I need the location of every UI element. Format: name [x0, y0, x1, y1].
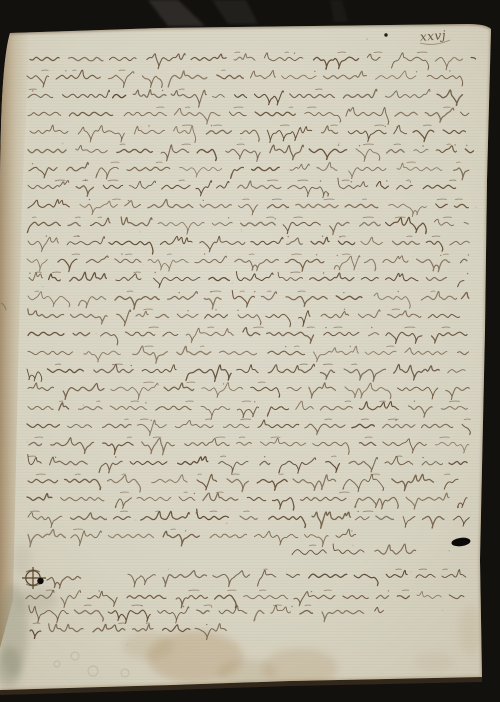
- speck: [30, 109, 32, 111]
- speck: [27, 441, 29, 443]
- speck: [226, 509, 228, 511]
- ink-dot: [46, 235, 47, 236]
- speck: [135, 519, 137, 521]
- folio-mark: xxvj: [420, 28, 447, 44]
- speck: [305, 280, 306, 281]
- ink-dot: [32, 163, 33, 164]
- stain: [458, 605, 482, 655]
- ink-dot: [388, 590, 389, 591]
- ink-dot: [320, 180, 321, 181]
- ink-dot: [323, 272, 324, 273]
- speck: [338, 142, 340, 144]
- ink-dot: [29, 273, 30, 274]
- ink-dot: [449, 70, 450, 71]
- ink-dot: [187, 310, 188, 311]
- speck: [222, 288, 223, 289]
- manuscript-photo: xxvj: [0, 0, 500, 702]
- speck: [413, 256, 414, 257]
- ink-dot: [223, 383, 224, 384]
- ink-dot: [210, 291, 211, 292]
- stain: [122, 632, 174, 660]
- ink-dot: [468, 254, 469, 255]
- speck: [240, 138, 242, 140]
- ink-dot: [211, 125, 212, 126]
- ink-dot: [440, 255, 441, 256]
- speck: [241, 229, 242, 230]
- ink-dot: [371, 327, 372, 328]
- stain: [413, 652, 453, 672]
- ink-dot: [344, 309, 345, 310]
- paper-laid-texture: [0, 20, 500, 702]
- ink-dot: [466, 145, 467, 146]
- ink-dot: [204, 253, 205, 254]
- ink-dot: [395, 420, 396, 421]
- ink-dot: [396, 126, 397, 127]
- speck: [300, 249, 302, 251]
- speck: [292, 261, 293, 262]
- ink-dot: [359, 145, 360, 146]
- ink-dot: [285, 346, 286, 347]
- speck: [226, 522, 228, 524]
- speck: [352, 545, 354, 547]
- ink-dot: [385, 126, 386, 127]
- ink-dot: [339, 236, 340, 237]
- signum-ink-dot: [37, 578, 43, 584]
- speck: [197, 619, 198, 620]
- ink-dot: [338, 144, 339, 145]
- speck: [410, 571, 411, 572]
- ink-dot: [141, 605, 142, 606]
- folio-dot: [384, 33, 387, 36]
- ink-dot: [316, 254, 317, 255]
- ink-dot: [288, 236, 289, 237]
- ink-dot: [314, 71, 315, 72]
- ink-dot: [414, 401, 415, 402]
- ink-dot: [203, 200, 204, 201]
- speck: [168, 569, 170, 571]
- ink-dot: [131, 365, 132, 366]
- ink-dot: [77, 235, 78, 236]
- ink-dot: [145, 402, 146, 403]
- speck: [211, 339, 212, 340]
- ink-dot: [121, 253, 122, 254]
- speck: [211, 635, 213, 637]
- speck: [241, 231, 243, 233]
- ink-dot: [311, 591, 312, 592]
- ink-dot: [55, 457, 56, 458]
- speck: [127, 644, 128, 645]
- stain: [12, 544, 32, 576]
- speck: [365, 560, 366, 561]
- speck: [62, 143, 64, 145]
- speck: [153, 311, 154, 312]
- ink-dot: [322, 236, 323, 237]
- stain: [14, 589, 58, 613]
- ink-dot: [148, 125, 149, 126]
- ink-dot: [155, 272, 156, 273]
- ink-dot: [254, 401, 255, 402]
- ink-dot: [350, 346, 351, 347]
- speck: [448, 550, 450, 552]
- ink-dot: [211, 606, 212, 607]
- speck: [231, 282, 233, 284]
- speck: [141, 126, 142, 127]
- ink-dot: [398, 291, 399, 292]
- ink-dot: [115, 456, 116, 457]
- speck: [138, 618, 139, 619]
- manuscript-scan: xxvj: [0, 0, 500, 702]
- speck: [189, 67, 190, 68]
- ink-dot: [128, 200, 129, 201]
- ink-dot: [325, 327, 326, 328]
- ink-dot: [416, 71, 417, 72]
- speck: [366, 38, 368, 40]
- ink-dot: [386, 180, 387, 181]
- ink-dot: [228, 217, 229, 218]
- ink-dot: [196, 512, 197, 513]
- ink-dot: [343, 292, 344, 293]
- speck: [212, 586, 213, 587]
- ink-dot: [351, 530, 352, 531]
- speck: [329, 284, 330, 285]
- ink-dot: [85, 180, 86, 181]
- ink-dot: [237, 310, 238, 311]
- speck: [30, 67, 31, 68]
- speck: [442, 609, 444, 611]
- speck: [458, 339, 459, 340]
- speck: [82, 404, 84, 406]
- speck: [42, 286, 43, 287]
- ink-dot: [32, 90, 33, 91]
- ink-dot: [99, 590, 100, 591]
- ink-dot: [467, 273, 468, 274]
- speck: [434, 487, 435, 488]
- ink-dot: [358, 511, 359, 512]
- ink-dot: [215, 309, 216, 310]
- ink-dot: [422, 145, 423, 146]
- speck: [139, 231, 141, 233]
- ink-dot: [291, 606, 292, 607]
- speck: [285, 208, 287, 210]
- ink-dot: [206, 624, 207, 625]
- ink-dot: [194, 493, 195, 494]
- ink-dot: [254, 291, 255, 292]
- ink-dot: [294, 53, 295, 54]
- ink-dot: [65, 70, 66, 71]
- speck: [388, 66, 389, 67]
- speck: [295, 348, 296, 349]
- speck: [142, 264, 143, 265]
- ink-dot: [183, 606, 184, 607]
- ink-dot: [185, 530, 186, 531]
- ink-dot: [351, 181, 352, 182]
- ink-dot: [337, 255, 338, 256]
- ink-dot: [275, 218, 276, 219]
- ink-dot: [150, 420, 151, 421]
- speck: [95, 333, 97, 335]
- ink-dot: [410, 181, 411, 182]
- speck: [246, 456, 247, 457]
- ink-dot: [422, 457, 423, 458]
- speck: [476, 207, 477, 208]
- ink-dot: [89, 199, 90, 200]
- ink-dot: [179, 292, 180, 293]
- ink-dot: [264, 456, 265, 457]
- ink-dot: [162, 90, 163, 91]
- ink-dot: [454, 144, 455, 145]
- speck: [90, 593, 91, 594]
